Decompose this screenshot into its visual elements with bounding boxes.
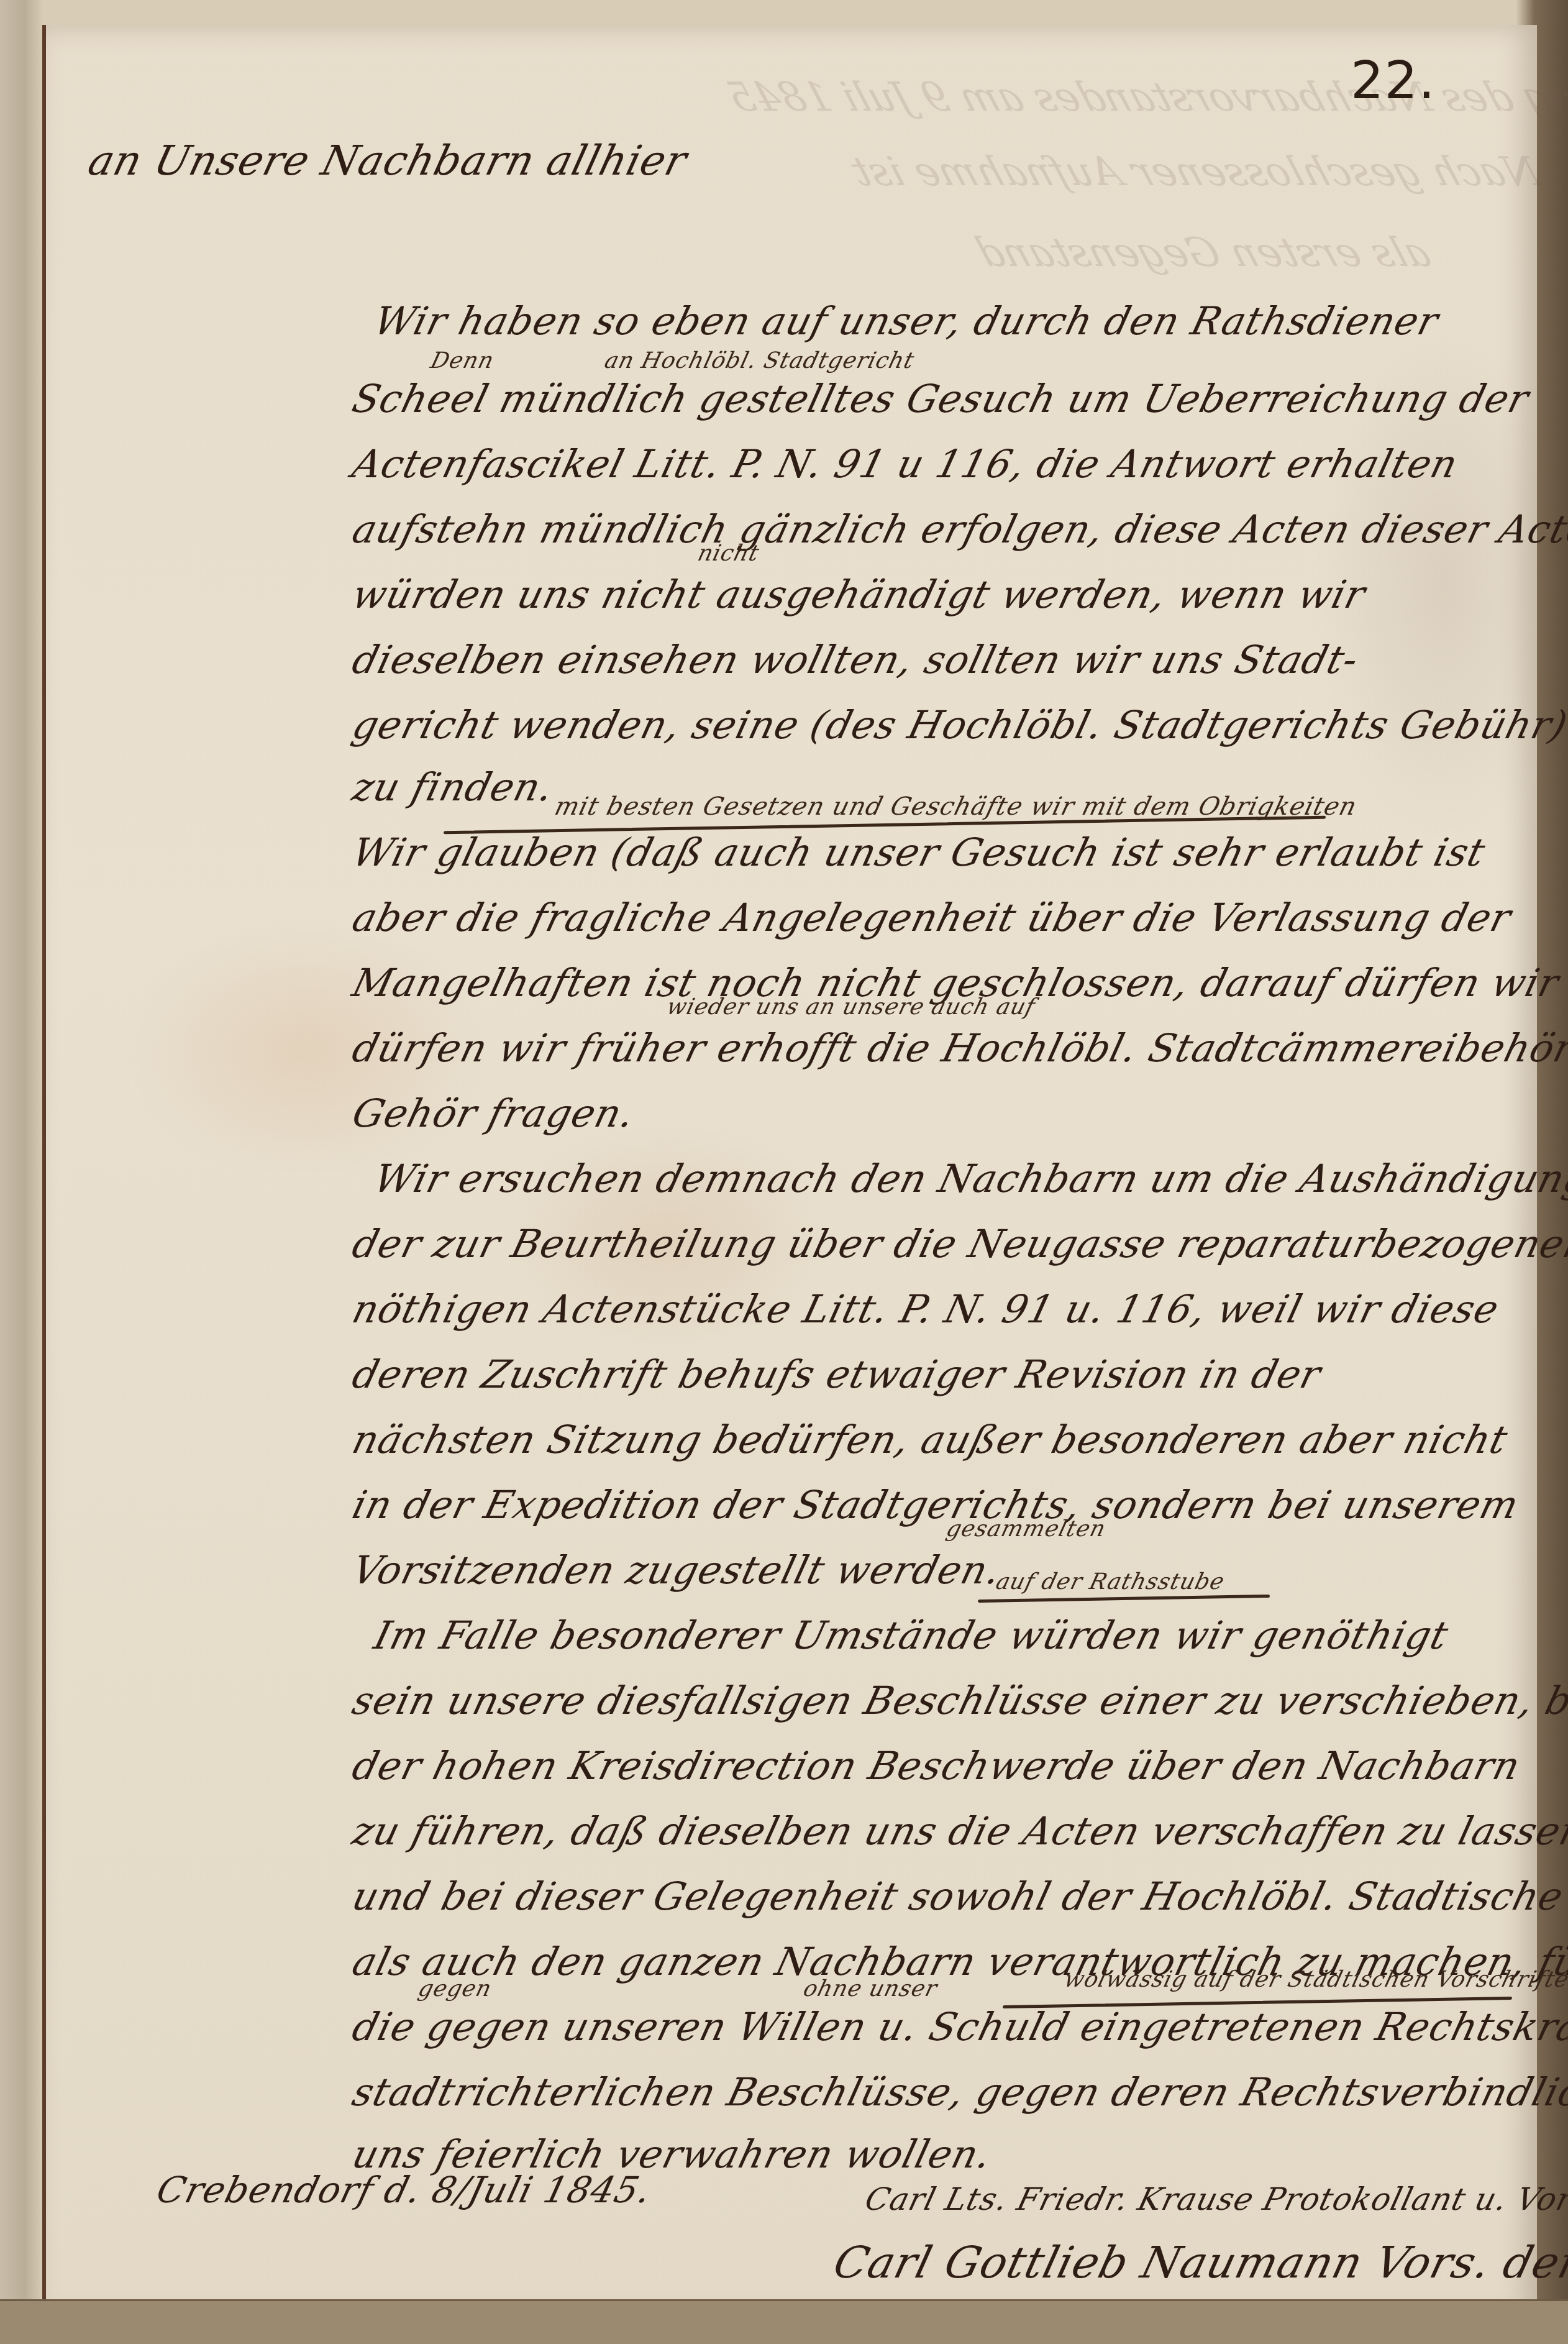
place-date: Crebendorf d. 8/Juli 1845. [153, 2169, 657, 2211]
interlinear-insertion: gesammelten [944, 1516, 1109, 1542]
signature-chairman: Carl Gottlieb Naumann Vors. der Nachb. [829, 2237, 1568, 2288]
text-line: der zur Beurtheilung über die Neugasse r… [348, 1221, 1568, 1266]
text-line: stadtrichterlichen Beschlüsse, gegen der… [348, 2069, 1568, 2115]
bleed-through-text: Sitzung des Nachbarvorstandes am 9 Juli … [722, 75, 1568, 121]
text-line: sein unsere diesfallsigen Beschlüsse ein… [348, 1678, 1568, 1723]
text-line: dieselben einsehen wollten, sollten wir … [348, 637, 1364, 682]
text-line: gericht wenden, seine (des Hochlöbl. Sta… [348, 702, 1568, 748]
text-line: die gegen unseren Willen u. Schuld einge… [348, 2004, 1568, 2049]
text-line: Im Falle besonderer Umstände würden wir … [370, 1613, 1453, 1658]
interlinear-insertion: gegen [416, 1976, 495, 2002]
text-line: der hohen Kreisdirection Beschwerde über… [348, 1743, 1525, 1788]
interlinear-insertion: auf der Rathsstube [993, 1569, 1228, 1595]
text-line: aber die fragliche Angelegenheit über di… [348, 895, 1516, 940]
interlinear-insertion: ohne unser [801, 1976, 940, 2002]
signature-protocolist: Carl Lts. Friedr. Krause Protokollant u.… [862, 2181, 1568, 2217]
interlinear-insertion: wolwässig auf der Städtischen Vorschrift… [1062, 1967, 1568, 1992]
interlinear-insertion: nicht [695, 541, 762, 566]
interlinear-insertion: wieder uns an unsere auch auf [664, 994, 1038, 1020]
interlinear-insertion: an Hochlöbl. Stadtgericht [602, 348, 917, 373]
text-line: in der Expedition der Stadtgerichts, son… [348, 1482, 1524, 1527]
text-line: und bei dieser Gelegenheit sowohl der Ho… [348, 1874, 1568, 1919]
text-line: deren Zuschrift behufs etwaiger Revision… [348, 1352, 1326, 1397]
text-line: Vorsitzenden zugestellt werden. [348, 1547, 1006, 1593]
text-line: zu finden. [348, 764, 558, 810]
insertion-caret-line [978, 1595, 1270, 1603]
page-number: 22. [1351, 50, 1436, 111]
text-line: nöthigen Actenstücke Litt. P. N. 91 u. 1… [348, 1286, 1504, 1332]
manuscript-page: Sitzung des Nachbarvorstandes am 9 Juli … [42, 25, 1537, 2318]
text-line: Wir glauben (daß auch unser Gesuch ist s… [348, 830, 1490, 875]
text-line: Actenfascikel Litt. P. N. 91 u 116, die … [348, 441, 1463, 487]
text-line: nächsten Sitzung bedürfen, außer besonde… [348, 1417, 1513, 1462]
text-line: Wir ersuchen demnach den Nachbarn um die… [370, 1156, 1568, 1201]
text-line: Wir haben so eben auf unser, durch den R… [370, 298, 1443, 344]
text-line: zu führen, daß dieselben uns die Acten v… [348, 1808, 1568, 1854]
address-line: an Unsere Nachbarn allhier [83, 137, 692, 185]
text-line: dürfen wir früher erhofft die Hochlöbl. … [348, 1025, 1568, 1071]
text-line: Scheel mündlich gestelltes Gesuch um Ueb… [348, 376, 1534, 421]
text-line: aufstehn mündlich gänzlich erfolgen, die… [348, 506, 1568, 552]
bleed-through-text: als ersten Gegenstand [970, 230, 1436, 276]
text-line: würden uns nicht ausgehändigt werden, we… [348, 572, 1370, 617]
interlinear-insertion: Denn [428, 348, 497, 373]
page-bottom-edge [0, 2299, 1568, 2344]
bleed-through-text: Nach geschlossener Aufnahme ist [846, 149, 1546, 195]
text-line: Gehör fragen. [348, 1091, 640, 1136]
